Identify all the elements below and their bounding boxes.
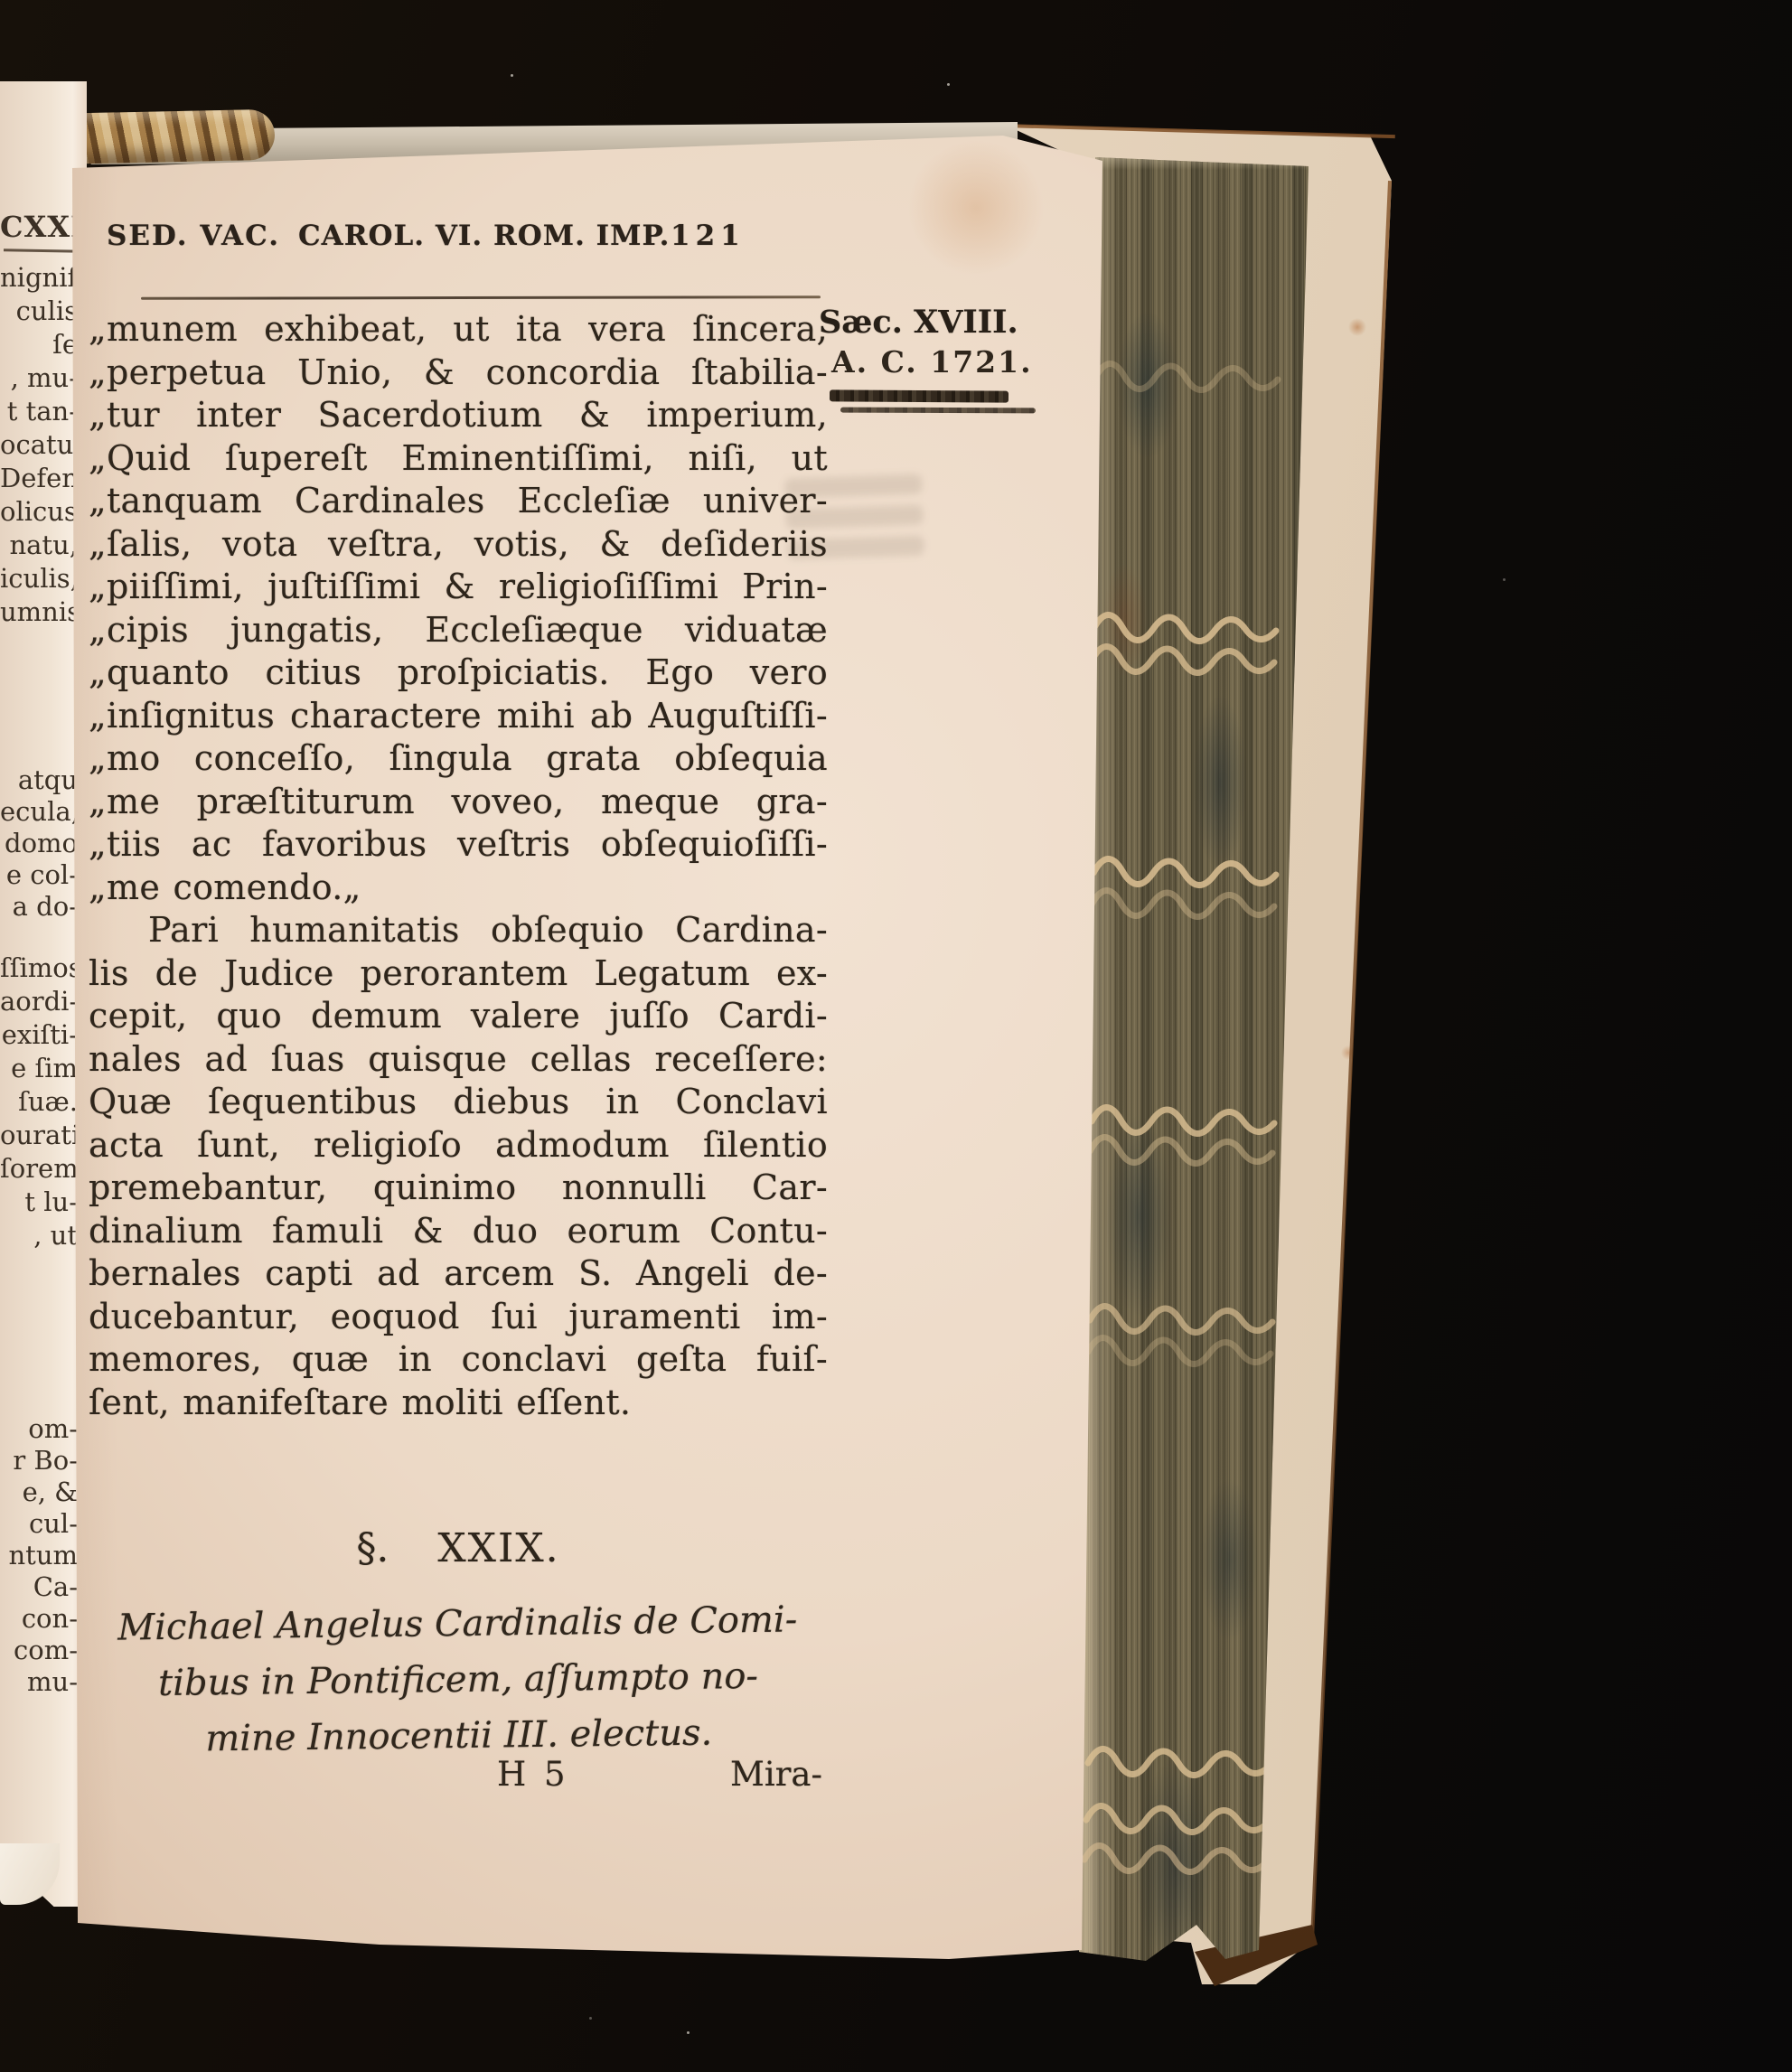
margin-note: Sæc. XVIII. A. C. 1721.: [819, 304, 1072, 413]
paragraph-last-line: ſent, manifeſtare moliti eſſent.: [89, 1382, 828, 1425]
page-content: SED. VAC. CAROL. VI. ROM. IMP. 121 Sæc. …: [0, 0, 1792, 2072]
running-header-left: SED. VAC.: [107, 220, 280, 252]
header-rule: [141, 295, 821, 300]
section-mark: §.: [356, 1525, 389, 1571]
section-heading: §. XXIX.: [89, 1525, 828, 1571]
margin-note-bar-thick: [830, 389, 1009, 402]
section-title: Michael Angelus Cardinalis de Comi- tibu…: [88, 1591, 829, 1768]
margin-note-year: A. C. 1721.: [831, 344, 1072, 380]
catchword: Mira-: [730, 1755, 822, 1794]
section-number: XXIX.: [437, 1525, 559, 1571]
quoted-block: „munem exhibeat, ut ita vera ſincera, „p…: [89, 308, 828, 867]
paragraph-block: Pari humanitatis obſequio Cardina- lis d…: [89, 909, 828, 1382]
quote-close-line: „me comendo.„: [89, 867, 828, 910]
book-scan-canvas: CXXI. nigniſ- culis ſe , mu- t tan- ocat…: [0, 0, 1792, 2072]
gathering-signature: H 5: [497, 1755, 569, 1794]
signature-line: H 5 Mira-: [89, 1755, 828, 1802]
margin-note-bar-thin: [840, 408, 1036, 414]
body-text: „munem exhibeat, ut ita vera ſincera, „p…: [89, 308, 828, 1424]
margin-note-century: Sæc. XVIII.: [819, 304, 1072, 341]
running-header-title: CAROL. VI. ROM. IMP.: [298, 220, 670, 252]
page-number: 121: [671, 220, 746, 252]
